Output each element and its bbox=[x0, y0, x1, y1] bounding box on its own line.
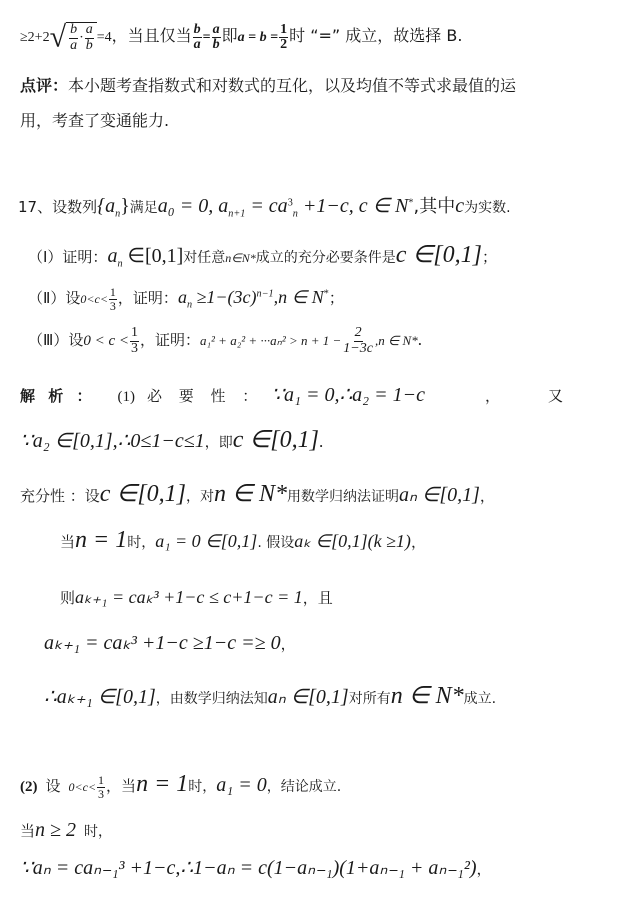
sqrt-symbol: √ bbox=[50, 21, 66, 54]
lower-bound-line: aₖ₊₁ = caₖ³ +1−c ≥1−c =≥ 0， bbox=[44, 633, 296, 653]
solution-necessity-line-2: ∵a₂ ∈[0,1],∴0≤1−c≤1，即c ∈[0,1]. bbox=[20, 428, 323, 452]
part-1-statement: （Ⅰ）证明：an ∈[0,1]对任意n∈N*成立的充分必要条件是c ∈[0,1]… bbox=[28, 243, 497, 270]
fraction-one-half: 12 bbox=[279, 23, 288, 53]
sqrt-expression: ba·ab bbox=[66, 22, 97, 53]
part-2-solution-line: (2)设0<c<13，当n = 1时，a₁ = 0，结论成立. bbox=[20, 772, 341, 800]
solution-necessity-line: 解 析 ：(1)必 要 性 ：∵a₁ = 0,∴a₂ = 1−c，又 bbox=[20, 385, 563, 405]
fraction-b-over-a: ba bbox=[193, 23, 202, 53]
induction-step-line: 则aₖ₊₁ = caₖ³ +1−c ≤ c+1−c = 1，且 bbox=[60, 588, 333, 606]
comment-line-1: 点评：本小题考查指数式和对数式的互化，以及均值不等式求最值的运 bbox=[20, 78, 516, 95]
comment-label: 点评： bbox=[20, 76, 68, 95]
conclusion-line: ∴aₖ₊₁ ∈[0,1]，由数学归纳法知aₙ ∈[0,1]对所有n ∈ N*成立… bbox=[44, 684, 496, 708]
part-3-statement: （Ⅲ）设0 < c <13，证明：a₁² + a₂² + ···aₙ² > n … bbox=[28, 326, 422, 356]
recurrence-factor-line: ∵aₙ = caₙ₋₁³ +1−c,∴1−aₙ = c(1−aₙ₋₁)(1+aₙ… bbox=[20, 858, 492, 878]
problem-17-statement: 17、设数列{an}满足a₀ = 0, an+1 = ca3n +1−c, c … bbox=[18, 196, 511, 220]
base-case-line: 当n = 1时，a₁ = 0 ∈[0,1]. 假设aₖ ∈[0,1](k ≥1)… bbox=[60, 528, 426, 552]
fraction-a-over-b: ab bbox=[212, 23, 221, 53]
previous-solution-line: ≥2+2√ba·ab=4，当且仅当ba=ab即a = b =12时 “=” 成立… bbox=[20, 22, 462, 53]
comment-line-2: 用，考查了变通能力. bbox=[20, 112, 169, 129]
part-2-statement: （Ⅱ）设0<c<13，证明：an ≥1−(3c)n−1,n ∈ N*； bbox=[28, 286, 344, 312]
inequality-prefix: ≥2+2 bbox=[20, 30, 50, 45]
n-ge-2-line: 当n ≥ 2时， bbox=[20, 820, 112, 840]
solution-sufficiency-line: 充分性 ：设c ∈[0,1]，对n ∈ N*用数学归纳法证明aₙ ∈[0,1]， bbox=[20, 482, 495, 506]
solution-label: 解 析 ： bbox=[20, 387, 95, 405]
